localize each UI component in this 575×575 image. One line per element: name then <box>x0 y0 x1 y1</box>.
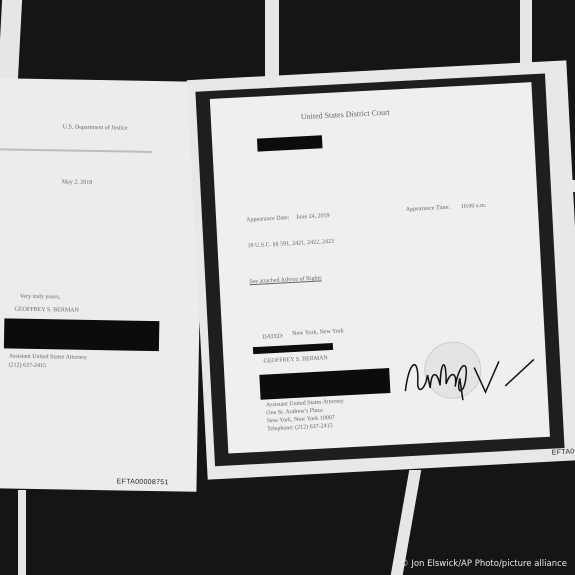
closing: Very truly yours, <box>20 294 61 301</box>
subpoena-page: United States District Court Appearance … <box>210 82 550 453</box>
left-document: U.S. Department of Justice May 2, 2019 V… <box>0 78 204 492</box>
redaction-bar <box>4 318 159 351</box>
redaction-bar <box>259 368 390 400</box>
divider <box>0 148 152 153</box>
bates-number: EFTA00 <box>552 448 575 456</box>
background-sheet <box>0 0 22 80</box>
bates-number: EFTA00008751 <box>117 478 169 486</box>
court-heading: United States District Court <box>301 108 390 122</box>
right-document: United States District Court Appearance … <box>187 60 575 479</box>
date: May 2, 2019 <box>62 179 93 186</box>
assistant-line: Assistant United States Attorney <box>266 398 344 408</box>
appearance-time: 10:00 a.m. <box>461 203 487 210</box>
phone: (212) 637-2415 <box>9 363 47 370</box>
redaction-bar <box>257 135 323 151</box>
photo-credit: © Jon Elswick/AP Photo/picture alliance <box>400 559 567 569</box>
appearance-time-label: Appearance Time: <box>406 205 450 213</box>
signature <box>398 344 541 406</box>
dated-place: New York, New York <box>292 328 344 337</box>
background-sheet <box>18 490 26 575</box>
telephone: Telephone: (212) 637-2415 <box>267 423 333 432</box>
signer: GEOFFREY S. BERMAN <box>15 307 79 314</box>
dated-label: DATED: <box>262 334 284 341</box>
statute: 18 U.S.C. §§ 591, 2421, 2422, 2423 <box>247 239 334 250</box>
redaction-bar <box>253 343 333 354</box>
appearance-date-label: Appearance Date: <box>246 215 289 223</box>
background-sheet <box>265 0 279 80</box>
letterhead: U.S. Department of Justice <box>63 124 128 131</box>
signer: GEOFFREY S. BERMAN <box>263 355 328 364</box>
advice-of-rights: See attached Advice of Rights <box>249 275 322 285</box>
assistant-line: Assistant United States Attorney <box>9 354 87 361</box>
appearance-date: June 24, 2019 <box>296 213 330 221</box>
